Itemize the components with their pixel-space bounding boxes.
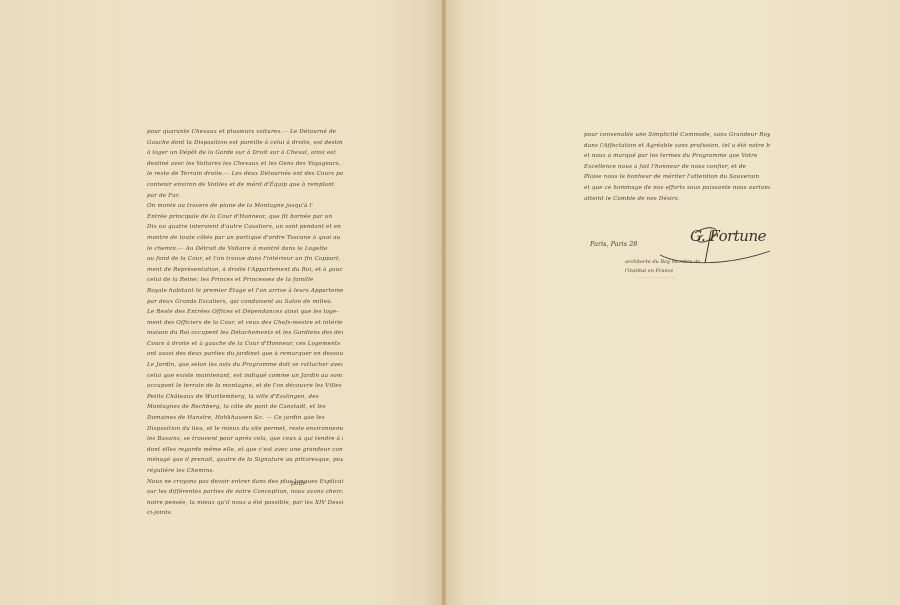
right-page	[447, 0, 900, 605]
tiny-footer-rule: — — — — — — — — — —	[635, 276, 675, 279]
text-line: ment de Représentation, à droite l'Appar…	[147, 265, 343, 276]
text-line: notre pensée, la mieux qu'il nous a été …	[147, 498, 343, 509]
text-line: Dix ou quatre intervient d'autre Cavalie…	[147, 222, 343, 233]
text-line: par deux Grands Escaliers, qui conduisen…	[147, 297, 343, 308]
text-line: ont aussi des deux parties du jardinet q…	[147, 349, 343, 360]
text-line: Nous ne croyons pas devoir entrer dans d…	[147, 477, 343, 488]
text-line: sur les différentes parties de notre Con…	[147, 487, 343, 498]
text-line: atteint le Comble de nos Désirs.	[584, 194, 770, 205]
text-line: ci-joints.	[147, 508, 343, 519]
text-line: Domaines de Hanstre, Hohkhausen &c. — Ce…	[147, 413, 343, 424]
book-gutter	[441, 0, 447, 605]
fold-shadow-left	[424, 0, 442, 605]
right-page-text: pour convenable une Simplicité Commode, …	[584, 130, 770, 204]
fold-shadow-right	[447, 0, 465, 605]
text-line: Entrée principale de la Cour d'Honneur, …	[147, 212, 343, 223]
text-line: Cours à droite et à gauche de la Cour d'…	[147, 339, 343, 350]
text-line: ménagé que il prenait, quatre de la Sign…	[147, 455, 343, 466]
text-line: pour quarante Chevaux et plusieurs voitu…	[147, 127, 343, 138]
text-line: Montagnes de Rechberg, la côte de pont d…	[147, 402, 343, 413]
text-line: dans l'Affectation et Agréable sans prof…	[584, 141, 770, 152]
text-line: les Bassins, se trouvent pour après cela…	[147, 434, 343, 445]
text-line: Gauche dont la Disposition est pareille …	[147, 138, 343, 149]
place-date: Paris, Paris 28	[590, 240, 637, 248]
text-line: Le Reste des Entrées Offices et Dépendan…	[147, 307, 343, 318]
text-line: celui de la Reine; les Princes et Prince…	[147, 275, 343, 286]
text-line: dont elles regarde même elle, et que c'e…	[147, 445, 343, 456]
text-line: ment des Officiers de la Cour, et ceux d…	[147, 318, 343, 329]
text-line: montre de toute côtés par un portique d'…	[147, 233, 343, 244]
text-line: On monte au travers de piane de la Monta…	[147, 201, 343, 212]
text-line: Le Jardin, que selon les avis du Program…	[147, 360, 343, 371]
left-page-text: pour quarante Chevaux et plusieurs voitu…	[147, 127, 343, 519]
text-line: Petits Châteaux de Wurttemberg, la ville…	[147, 392, 343, 403]
signature-name: G. Fortune	[690, 227, 766, 245]
text-line: à loger un Dépôt de la Garde sur à Droit…	[147, 148, 343, 159]
text-line: destiné avec les Voitures les Chevaux et…	[147, 159, 343, 170]
text-line: Plaise nous le bonheur de mériter l'atte…	[584, 172, 770, 183]
text-line: et nous a marqué par les termes du Progr…	[584, 151, 770, 162]
signature-block: Paris, Paris 28 G. Fortune architecte du…	[590, 225, 790, 285]
text-line: par de Fur.	[147, 191, 343, 202]
text-line: Excellence nous a fait l'honneur de nous…	[584, 162, 770, 173]
text-line: et que ce hommage de nos efforts sous pu…	[584, 183, 770, 194]
text-line: contenir environ de Voitles et de mérit …	[147, 180, 343, 191]
subtitle-line: architecte du Roy membre de	[625, 258, 745, 267]
signature-subtitle: architecte du Roy membre de l'institut e…	[625, 258, 745, 276]
text-line: au fond de la Cour, et l'on trouve dans …	[147, 254, 343, 265]
text-line: pour convenable une Simplicité Commode, …	[584, 130, 770, 141]
text-line: le reste de Terrain droite.— Les deux Dé…	[147, 169, 343, 180]
subtitle-line: l'institut en France	[625, 267, 745, 276]
text-line: Royale habitant le premier Étage et l'on…	[147, 286, 343, 297]
text-line: Disposition du lieu, et le mieux du site…	[147, 424, 343, 435]
catchword: pour	[291, 480, 305, 487]
text-line: maison du Roi occupent les Détachements …	[147, 328, 343, 339]
text-line: occupant le terrain de la montagne, et d…	[147, 381, 343, 392]
text-line: régulière les Chemins.	[147, 466, 343, 477]
text-line: celui que existe maintenant, est indiqué…	[147, 371, 343, 382]
text-line: le chemin.— Au Détroit de Voltaire à mon…	[147, 244, 343, 255]
